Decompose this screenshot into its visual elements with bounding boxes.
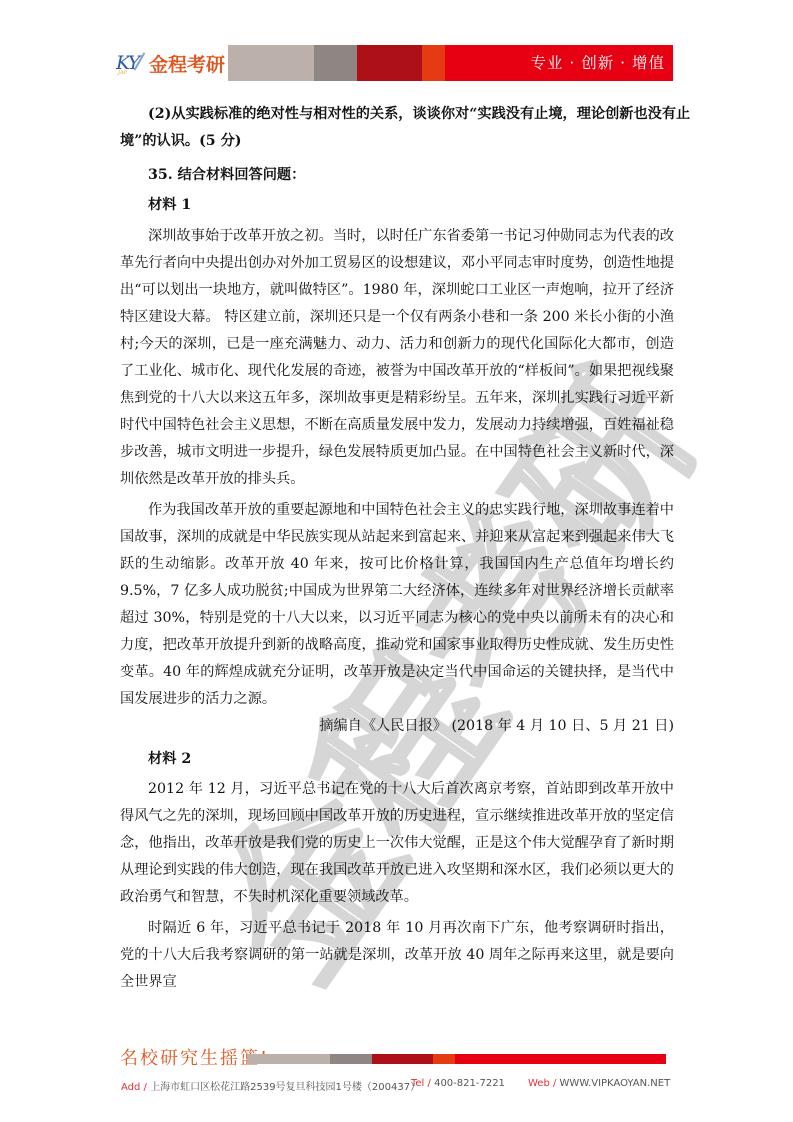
material-1-paragraph-1: 深圳故事始于改革开放之初。当时，以时任广东省委第一书记习仲勋同志为代表的改革先行… [120, 223, 674, 493]
address-value: 上海市虹口区松花江路2539号复旦科技园1号楼（200437） [150, 1082, 420, 1093]
phone-label: Tel / [411, 1078, 431, 1089]
footer-address: Add / 上海市虹口区松花江路2539号复旦科技园1号楼（200437） [121, 1078, 420, 1093]
header-bar-orange [422, 45, 445, 81]
footer-bar-darkred [372, 1054, 433, 1064]
material-2-paragraph-1: 2012 年 12 月，习近平总书记在党的十八大后首次离京考察，首站即到改革开放… [120, 776, 674, 911]
footer-bar-orange [433, 1054, 455, 1064]
document-body: (2)从实践标准的绝对性与相对性的关系，谈谈你对“实践没有止境，理论创新也没有止… [120, 101, 674, 996]
header-bar-darkred [357, 45, 422, 81]
address-label: Add / [121, 1082, 147, 1093]
header-bar-darkgray [314, 45, 357, 81]
question-2-line-1: (2)从实践标准的绝对性与相对性的关系，谈谈你对“实践没有止境，理论创新也没有止 [120, 101, 674, 128]
website-value: WWW.VIPKAOYAN.NET [560, 1078, 671, 1089]
material-2-heading: 材料 2 [120, 746, 674, 773]
footer-bar-darkgray [330, 1054, 372, 1064]
material-1-heading: 材料 1 [120, 192, 674, 219]
material-1-paragraph-2: 作为我国改革开放的重要起源地和中国特色社会主义的忠实践行地，深圳故事连着中国故事… [120, 497, 674, 713]
question-35-title: 35. 结合材料回答问题： [120, 162, 674, 189]
footer-bar-red [455, 1054, 666, 1064]
footer-bar-lightgray [247, 1054, 330, 1064]
logo-text: 金程考研 [149, 50, 225, 77]
page-header: KY JAP 金程考研 专业 · 创新 · 增值 [0, 0, 793, 90]
header-slogan: 专业 · 创新 · 增值 [445, 45, 665, 81]
phone-value: 400-821-7221 [434, 1078, 505, 1089]
footer-website: Web / WWW.VIPKAOYAN.NET [528, 1078, 670, 1089]
logo-mark-sub: JAP [118, 70, 127, 76]
footer-phone: Tel / 400-821-7221 [411, 1078, 505, 1089]
brand-logo: KY JAP 金程考研 [116, 46, 225, 80]
website-label: Web / [528, 1078, 556, 1089]
header-bar-lightgray [228, 45, 314, 81]
question-2-line-2: 境”的认识。(5 分) [120, 128, 674, 155]
material-1-source: 摘编自《人民日报》 (2018 年 4 月 10 日、5 月 21 日) [120, 713, 674, 740]
material-2-paragraph-2: 时隔近 6 年，习近平总书记于 2018 年 10 月再次南下广东，他考察调研时… [120, 915, 674, 996]
